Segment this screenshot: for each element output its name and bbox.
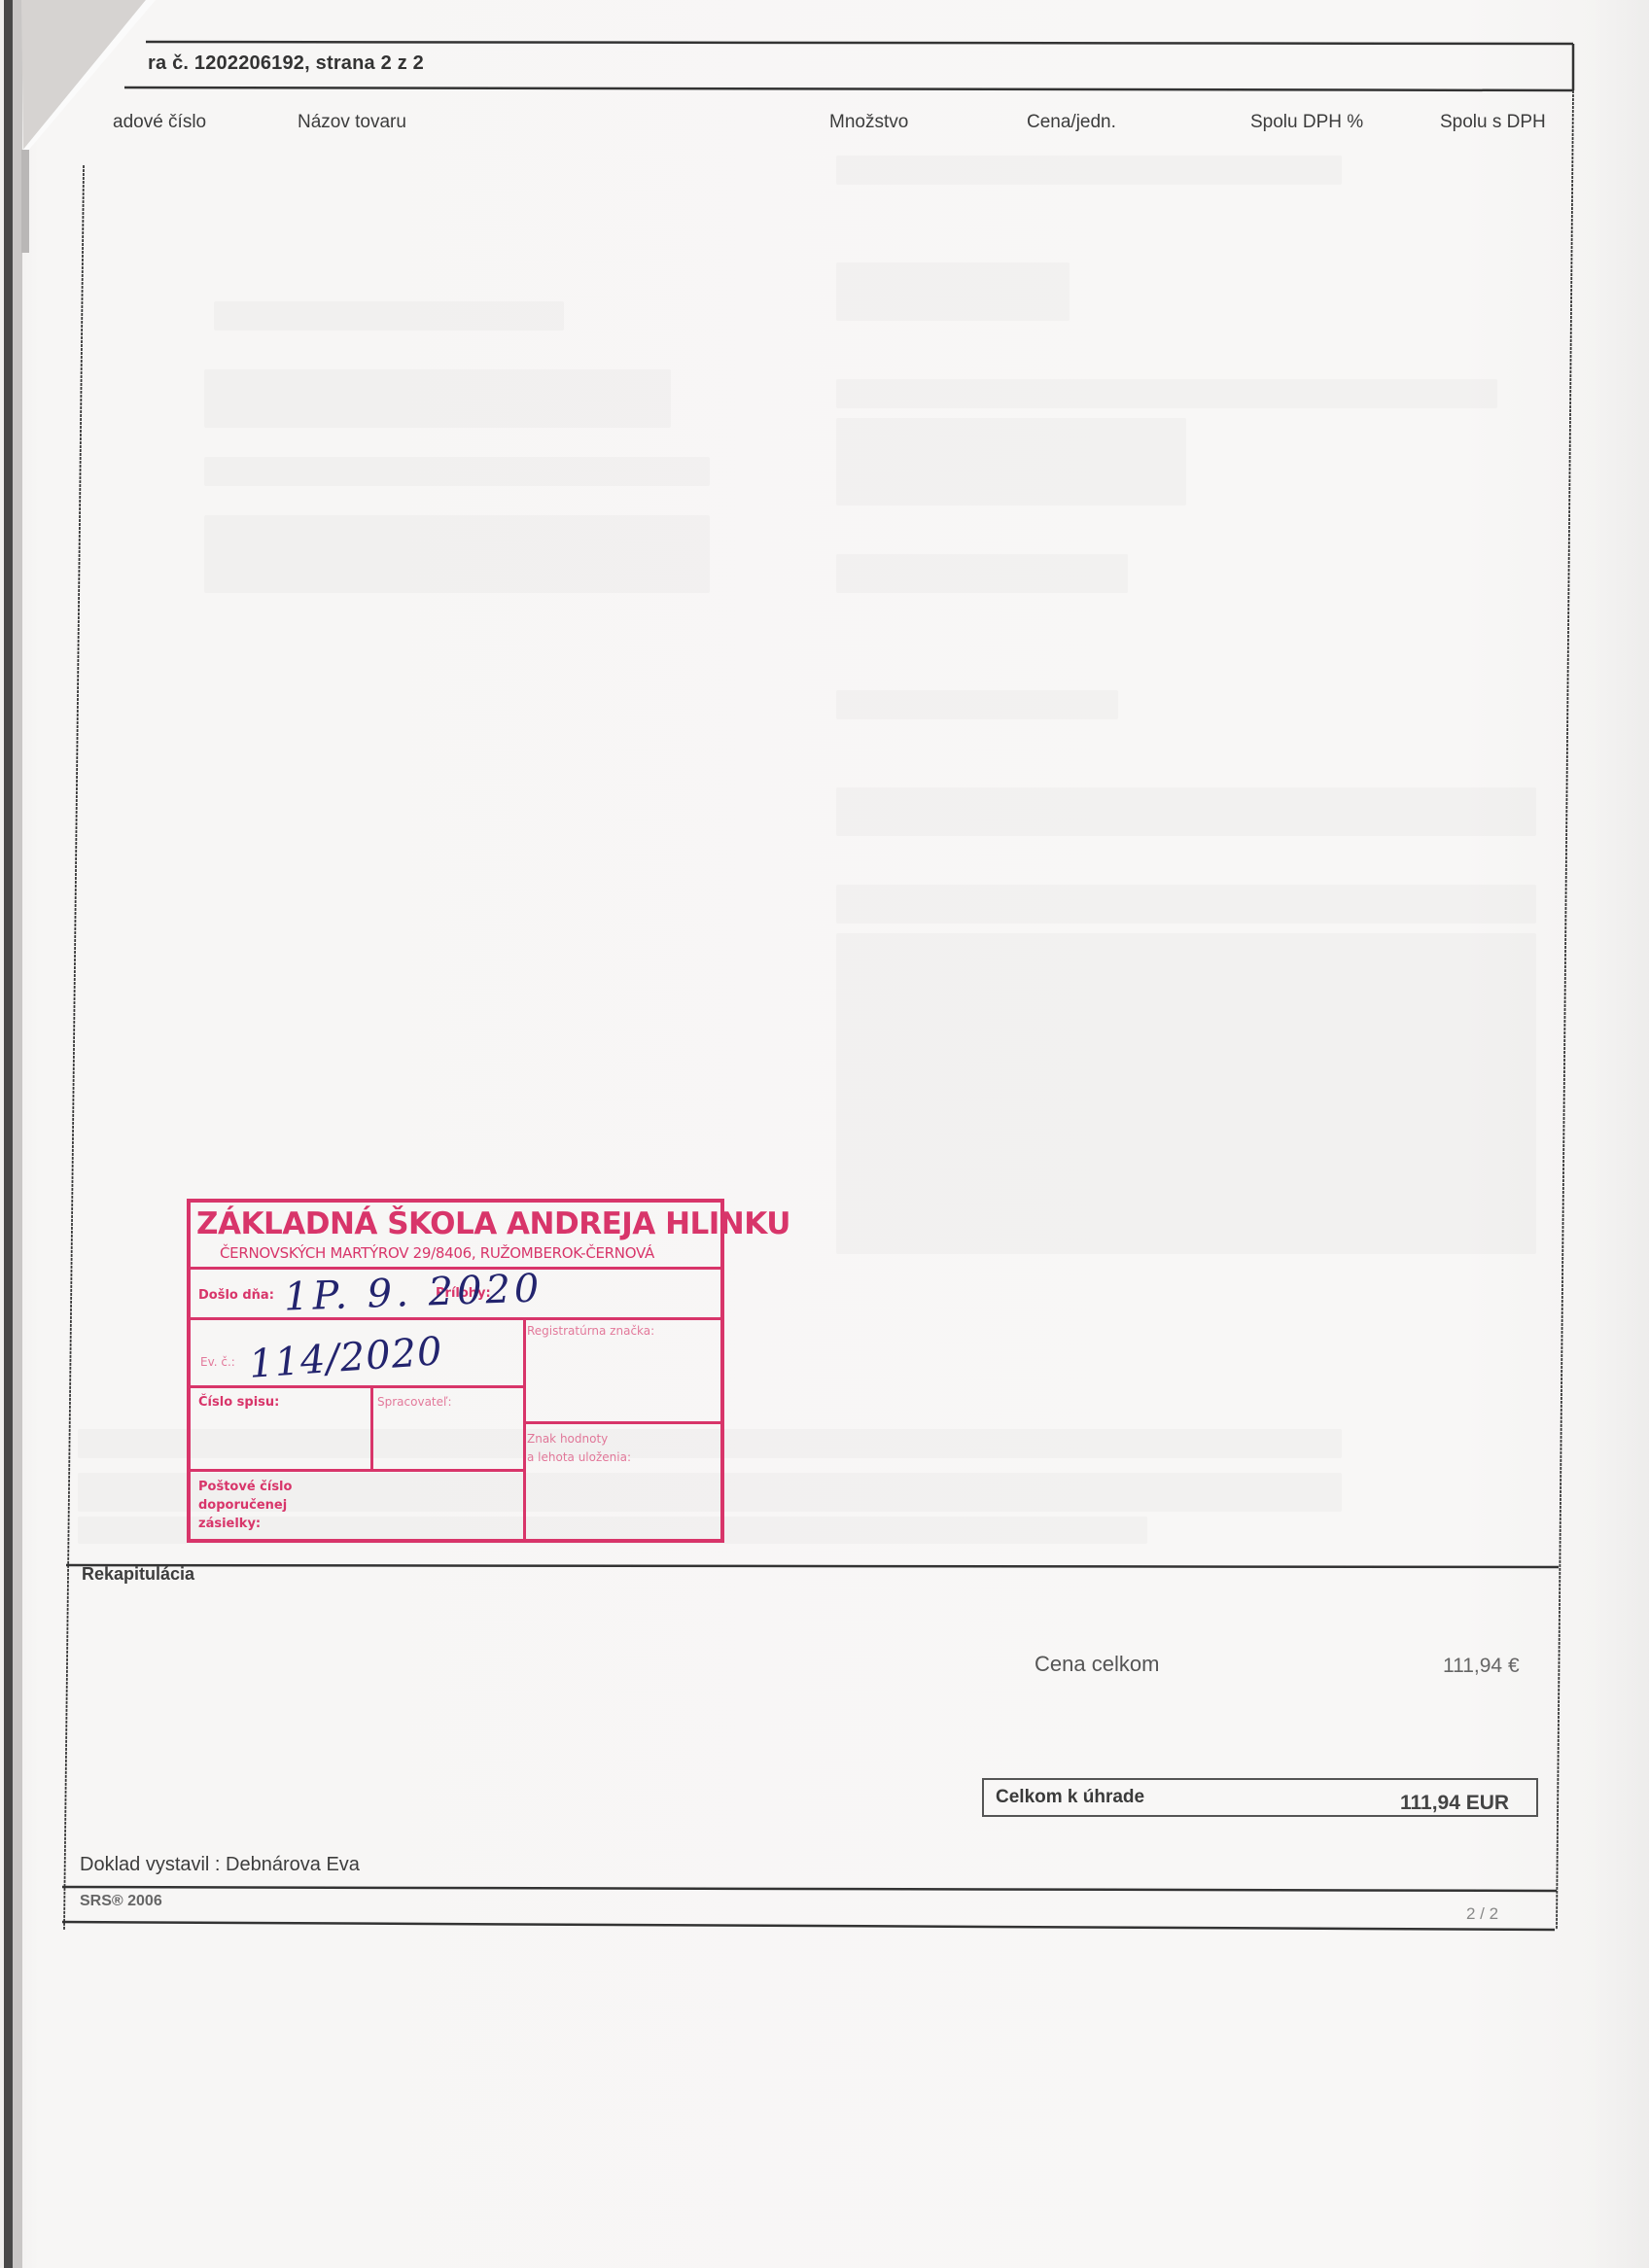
- stamp-file-number-label: Číslo spisu:: [198, 1393, 279, 1412]
- handwritten-ev-number: 114/2020: [248, 1329, 444, 1387]
- handwritten-received-date: 1P. 9. 2020: [283, 1266, 544, 1319]
- registry-stamp: ZÁKLADNÁ ŠKOLA ANDREJA HLINKU ČERNOVSKÝC…: [187, 1199, 724, 1543]
- scan-edge-right: [1591, 0, 1649, 2268]
- amount-due-value: 111,94 EUR: [1400, 1792, 1509, 1815]
- stamp-postal-label-2: doporučenej: [198, 1496, 287, 1515]
- stamp-value-sign-label-1: Znak hodnoty: [527, 1430, 608, 1448]
- column-product-name: Názov tovaru: [298, 112, 406, 133]
- issued-by: Doklad vystavil : Debnárova Eva: [80, 1854, 360, 1876]
- stamp-divider: [523, 1317, 526, 1539]
- column-item-number: adové číslo: [113, 112, 206, 133]
- stamp-divider: [523, 1421, 720, 1424]
- document-title: ra č. 1202206192, strana 2 z 2: [148, 52, 424, 75]
- stamp-postal-label-3: zásielky:: [198, 1515, 261, 1533]
- column-unit-price: Cena/jedn.: [1027, 112, 1116, 133]
- stamp-ev-label: Ev. č.:: [200, 1353, 235, 1372]
- stamp-divider: [370, 1385, 373, 1469]
- column-quantity: Množstvo: [829, 112, 908, 133]
- scan-edge-shadow: [13, 0, 22, 2268]
- section-title-recap: Rekapitulácia: [82, 1564, 194, 1585]
- stamp-value-sign-label-2: a lehota uloženia:: [527, 1448, 631, 1467]
- page-number: 2 / 2: [1466, 1904, 1498, 1924]
- stamp-processor-label: Spracovateľ:: [377, 1393, 452, 1412]
- scan-edge: [4, 0, 13, 2268]
- column-total-with-vat: Spolu s DPH: [1440, 112, 1546, 133]
- stamp-received-label: Došlo dňa:: [198, 1286, 274, 1305]
- software-credit: SRS® 2006: [80, 1893, 162, 1910]
- stamp-school-name: ZÁKLADNÁ ŠKOLA ANDREJA HLINKU: [196, 1206, 790, 1241]
- column-vat-percent: Spolu DPH %: [1250, 112, 1363, 133]
- price-total-label: Cena celkom: [1035, 1652, 1159, 1677]
- stamp-postal-label-1: Poštové číslo: [198, 1478, 292, 1496]
- stamp-address: ČERNOVSKÝCH MARTÝROV 29/8406, RUŽOMBEROK…: [220, 1244, 654, 1262]
- stamp-divider: [191, 1317, 720, 1320]
- stamp-registry-mark-label: Registratúrna značka:: [527, 1322, 654, 1341]
- price-total-value: 111,94 €: [1443, 1655, 1520, 1678]
- stamp-divider: [191, 1469, 523, 1472]
- amount-due-label: Celkom k úhrade: [996, 1787, 1144, 1808]
- stamp-divider: [191, 1385, 523, 1388]
